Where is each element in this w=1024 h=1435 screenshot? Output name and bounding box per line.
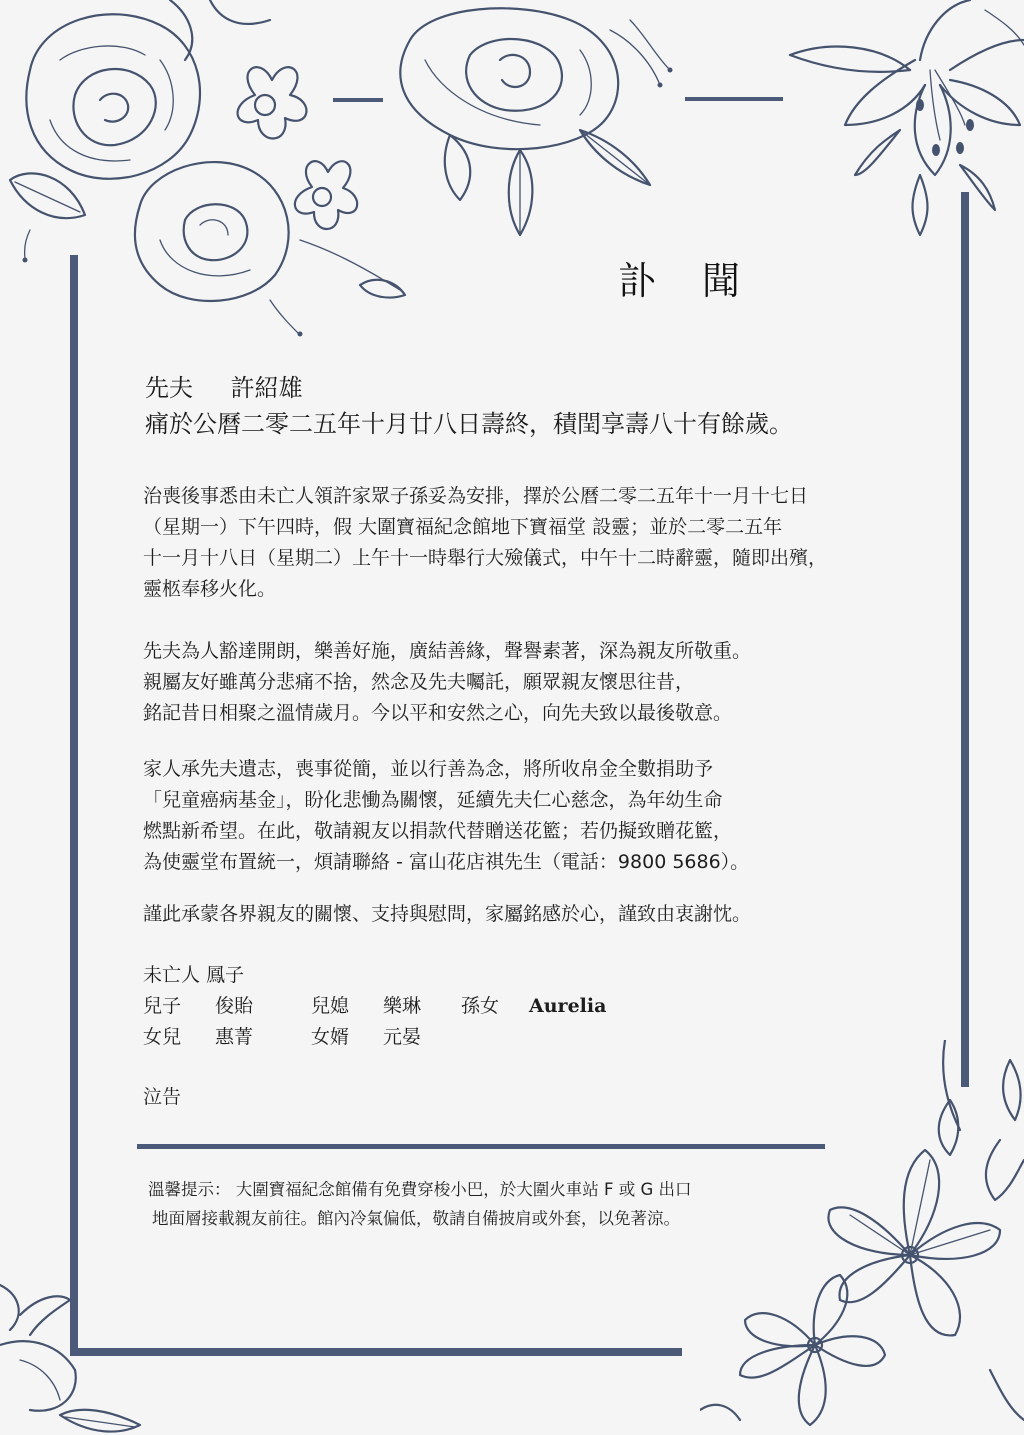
frame-top-left-dash (333, 98, 383, 102)
deceased-relation: 先夫 (145, 370, 193, 406)
death-announcement-line: 痛於公曆二零二五年十月廿八日壽終，積閏享壽八十有餘歲。 (145, 406, 793, 442)
paragraph-line: 十一月十八日（星期二）上午十一時舉行大殮儀式，中午十二時辭靈，隨即出殯， (143, 543, 827, 574)
paragraph-line: 靈柩奉移火化。 (143, 574, 827, 605)
family-relation: 兒子 (143, 991, 215, 1022)
peony-top-center-illustration (380, 0, 680, 240)
widow-name: 未亡人 鳳子 (143, 960, 244, 991)
paragraph-line: 謹此承蒙各界親友的關懷、支持與慰問，家屬銘感於心，謹致由衷謝忱。 (143, 899, 751, 930)
paragraph-line: 治喪後事悉由未亡人領許家眾子孫妥為安排，擇於公曆二零二五年十一月十七日 (143, 481, 827, 512)
sign-off: 泣告 (143, 1082, 181, 1109)
paragraph-line: 燃點新希望。在此，敬請親友以捐款代替贈送花籃；若仍擬致贈花籃， (143, 816, 749, 847)
deceased-name: 許紹雄 (231, 370, 303, 406)
paragraph-line: 「兒童癌病基金」，盼化悲慟為關懷，延續先夫仁心慈念，為年幼生命 (143, 785, 749, 816)
paragraph-line: 為使靈堂布置統一，煩請聯絡 - 富山花店祺先生（電話：9800 5686）。 (143, 847, 749, 878)
family-relation: 兒媳 (311, 991, 383, 1022)
paragraph-line: 家人承先夫遺志，喪事從簡，並以行善為念，將所收帛金全數捐助予 (143, 754, 749, 785)
family-name: 元晏 (383, 1022, 461, 1053)
family-relation: 孫女 (461, 991, 529, 1022)
funeral-arrangements-paragraph: 治喪後事悉由未亡人領許家眾子孫妥為安排，擇於公曆二零二五年十一月十七日 （星期一… (143, 481, 827, 605)
family-list: 未亡人 鳳子 兒子 俊貽 兒媳 樂琳 孫女 Aurelia 女兒 惠菁 女婿 元… (143, 960, 606, 1053)
deceased-name-row: 先夫 許紹雄 (145, 370, 793, 406)
tribute-paragraph: 先夫為人豁達開朗，樂善好施，廣結善緣，聲譽素著，深為親友所敬重。 親屬友好雖萬分… (143, 636, 751, 729)
paragraph-line: （星期一）下午四時，假 大圍寶福紀念館地下寶福堂 設靈；並於二零二五年 (143, 512, 827, 543)
lily-top-right-illustration (760, 0, 1024, 250)
family-relation: 女婿 (311, 1022, 383, 1053)
family-name: 樂琳 (383, 991, 461, 1022)
frame-top-right-dash (685, 97, 783, 101)
note-separator-line (137, 1144, 825, 1149)
flowers-bottom-right-illustration (700, 1040, 1024, 1435)
family-row: 女兒 惠菁 女婿 元晏 (143, 1022, 606, 1053)
deceased-heading: 先夫 許紹雄 痛於公曆二零二五年十月廿八日壽終，積閏享壽八十有餘歲。 (145, 370, 793, 442)
reminder-note: 溫馨提示： 大圍寶福紀念館備有免費穿梭小巴，於大圍火車站 F 或 G 出口 地面… (148, 1175, 692, 1233)
frame-right-line (961, 192, 969, 1087)
family-name: 惠菁 (215, 1022, 311, 1053)
page-title: 訃聞 (618, 250, 786, 305)
paragraph-line: 親屬友好雖萬分悲痛不捨，然念及先夫囑託，願眾親友懷思往昔， (143, 667, 751, 698)
rose-bouquet-top-left-illustration (0, 0, 420, 340)
thanks-paragraph: 謹此承蒙各界親友的關懷、支持與慰問，家屬銘感於心，謹致由衷謝忱。 (143, 899, 751, 930)
family-row: 兒子 俊貽 兒媳 樂琳 孫女 Aurelia (143, 991, 606, 1022)
family-name: 俊貽 (215, 991, 311, 1022)
donation-paragraph: 家人承先夫遺志，喪事從簡，並以行善為念，將所收帛金全數捐助予 「兒童癌病基金」，… (143, 754, 749, 878)
paragraph-line: 銘記昔日相聚之溫情歲月。今以平和安然之心，向先夫致以最後敬意。 (143, 698, 751, 729)
note-line: 溫馨提示： 大圍寶福紀念館備有免費穿梭小巴，於大圍火車站 F 或 G 出口 (148, 1175, 692, 1204)
frame-left-line (70, 255, 78, 1356)
family-widow-row: 未亡人 鳳子 (143, 960, 606, 991)
note-line: 地面層接載親友前往。館內冷氣偏低，敬請自備披肩或外套，以免著涼。 (148, 1204, 692, 1233)
paragraph-line: 先夫為人豁達開朗，樂善好施，廣結善緣，聲譽素著，深為親友所敬重。 (143, 636, 751, 667)
family-relation: 女兒 (143, 1022, 215, 1053)
frame-bottom-line (70, 1348, 682, 1356)
family-name: Aurelia (529, 991, 606, 1022)
